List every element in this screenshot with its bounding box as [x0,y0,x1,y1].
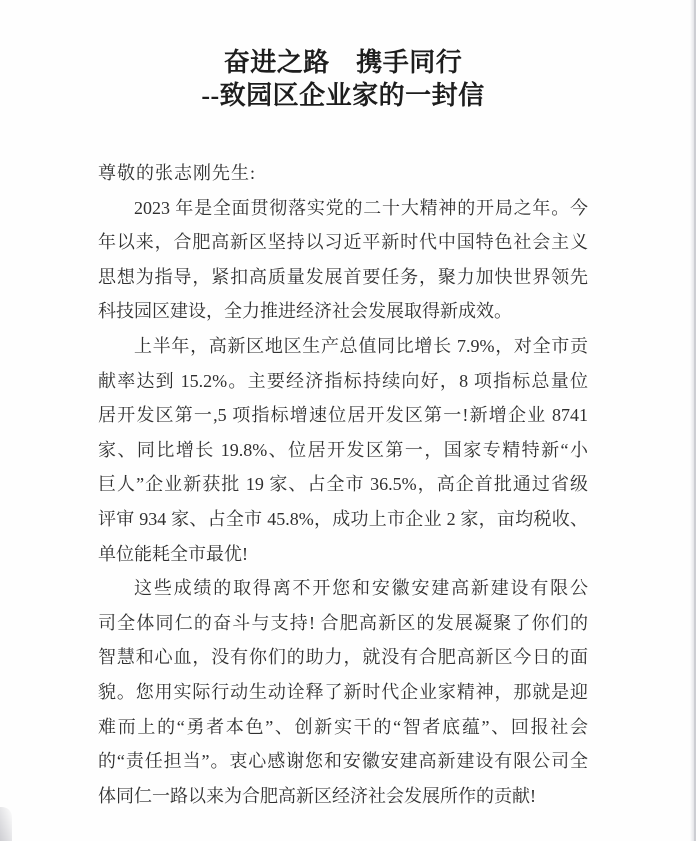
scan-corner-smudge [0,807,12,841]
letter-line: 体同仁一路以来为合肥高新区经济社会发展所作的贡献! [98,779,588,814]
letter-line: 家、同比增长 19.8%、位居开发区第一，国家专精特新“小 [98,433,588,468]
letter-line: 居开发区第一,5 项指标增速位居开发区第一!新增企业 8741 [98,398,588,433]
letter-line: 评审 934 家、占全市 45.8%，成功上市企业 2 家，亩均税收、 [98,502,588,537]
letter-line: 年以来，合肥高新区坚持以习近平新时代中国特色社会主义 [98,225,588,260]
letter-salutation: 尊敬的张志刚先生: [98,156,588,191]
letter-title-line-1: 奋进之路 携手同行 [98,46,588,79]
letter-line: 貌。您用实际行动生动诠释了新时代企业家精神，那就是迎 [98,675,588,710]
letter-line: 难而上的“勇者本色”、创新实干的“智者底蕴”、回报社会 [98,710,588,745]
letter-body: 尊敬的张志刚先生: 2023 年是全面贯彻落实党的二十大精神的开局之年。今年以来… [98,156,588,813]
letter-line: 司全体同仁的奋斗与支持! 合肥高新区的发展凝聚了你们的 [98,606,588,641]
letter-title-line-2: --致园区企业家的一封信 [98,79,588,112]
letter-line: 思想为指导，紧扣高质量发展首要任务，聚力加快世界领先 [98,260,588,295]
letter-line: 单位能耗全市最优! [98,537,588,572]
letter-line: 上半年，高新区地区生产总值同比增长 7.9%，对全市贡 [98,329,588,364]
letter-line: 献率达到 15.2%。主要经济指标持续向好，8 项指标总量位 [98,364,588,399]
letter-content: 奋进之路 携手同行 --致园区企业家的一封信 尊敬的张志刚先生: 2023 年是… [98,46,588,813]
letter-line: 巨人”企业新获批 19 家、占全市 36.5%，高企首批通过省级 [98,467,588,502]
letter-line: 智慧和心血，没有你们的助力，就没有合肥高新区今日的面 [98,640,588,675]
letter-line: 这些成绩的取得离不开您和安徽安建高新建设有限公 [98,571,588,606]
scan-edge-line [694,0,696,841]
letter-paragraphs: 2023 年是全面贯彻落实党的二十大精神的开局之年。今年以来，合肥高新区坚持以习… [98,191,588,814]
letter-line: 科技园区建设，全力推进经济社会发展取得新成效。 [98,294,588,329]
scanned-letter-page: 奋进之路 携手同行 --致园区企业家的一封信 尊敬的张志刚先生: 2023 年是… [0,0,700,841]
letter-line: 的“责任担当”。衷心感谢您和安徽安建高新建设有限公司全 [98,744,588,779]
letter-line: 2023 年是全面贯彻落实党的二十大精神的开局之年。今 [98,191,588,226]
